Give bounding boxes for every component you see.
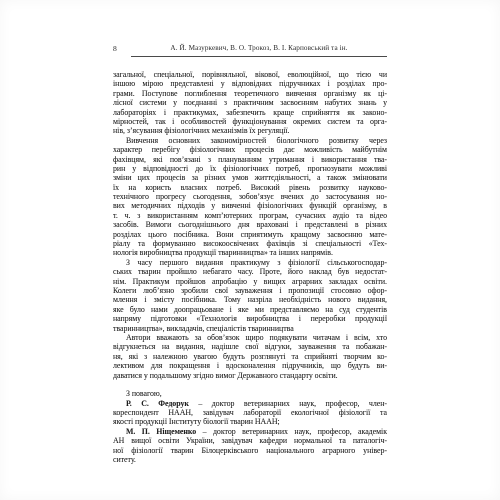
text-line: ної фізіології тварин Білоцерківського н…: [113, 446, 387, 455]
page-number: 8: [113, 44, 117, 53]
paragraph: Автори вважають за обов’язок щиро подяку…: [113, 333, 387, 380]
header-rule: [131, 56, 387, 57]
text-line: тваринництва», викладачів, спеціалістів …: [113, 324, 387, 333]
reviewer-name: Р. С. Федорук: [126, 399, 189, 408]
page-body: загальної, спеціальної, порівняльної, ві…: [113, 70, 387, 464]
text-line: ріалу та формуванню високоосвічених фахі…: [113, 239, 387, 248]
text-line: їх на користь власних потреб. Високий рі…: [113, 183, 387, 192]
text-line: ситету.: [113, 455, 387, 464]
text-line: Р. С. Федорук – доктор ветеринарних наук…: [113, 399, 387, 408]
text-line: якості продукції Інституту біології твар…: [113, 417, 387, 426]
text-line: рин у відповідності до їх фізіологічних …: [113, 164, 387, 173]
text-line: грами. Поступове поглиблення теоретичног…: [113, 89, 387, 98]
text-line: т. ч. з використанням комп’ютерних прогр…: [113, 211, 387, 220]
text-line: фахівцям, які пов’язані з плануванням ут…: [113, 155, 387, 164]
text-line: нів, з’ясування фізіологічних механізмів…: [113, 126, 387, 135]
text-line: кореспондент НААН, завідувач лабораторії…: [113, 408, 387, 417]
text-line: лабораторіях і практикумах, забезпечить …: [113, 108, 387, 117]
text-line: відгукнеться на видання, надішле свої ві…: [113, 342, 387, 351]
text-line: З часу першого видання практикуму з фізі…: [113, 258, 387, 267]
text-line: загальної, спеціальної, порівняльної, ві…: [113, 70, 387, 79]
text-line: яке було нами доопрацьоване і яке ми пре…: [113, 305, 387, 314]
text-line: розділах цього посібника. Вони сприятиму…: [113, 230, 387, 239]
text-line: зміни цих процесів за різних умов життєд…: [113, 173, 387, 182]
running-head: А. Й. Мазуркевич, В. О. Трокоз, В. І. Ка…: [131, 44, 387, 53]
text-line: М. П. Ніщеменко – доктор ветеринарних на…: [113, 427, 387, 436]
paragraph: Р. С. Федорук – доктор ветеринарних наук…: [113, 399, 387, 427]
text-line: напряму підготовки «Технологія виробницт…: [113, 314, 387, 323]
paragraph: загальної, спеціальної, порівняльної, ві…: [113, 70, 387, 136]
reviewer-name: М. П. Ніщеменко: [126, 427, 196, 436]
text-line: технічного прогресу сьогодення, зобов’яз…: [113, 192, 387, 201]
paragraph: М. П. Ніщеменко – доктор ветеринарних на…: [113, 427, 387, 465]
text-line: даватися у подальшому згідно вимог Держа…: [113, 371, 387, 380]
text-line: Колеги люб’язно зробили свої зауваження …: [113, 286, 387, 295]
text-line: З повагою,: [113, 389, 387, 398]
paragraph: З часу першого видання практикуму з фізі…: [113, 258, 387, 333]
text-line: іншою мірою представлені у відповідних п…: [113, 79, 387, 88]
text-line: лективом для покращення і вдосконалення …: [113, 361, 387, 370]
paragraph: Вивчення основних закономірностей біолог…: [113, 136, 387, 258]
text-line: Вивчення основних закономірностей біолог…: [113, 136, 387, 145]
text-line: засобів. Вимоги сьогоднішнього дня врахо…: [113, 220, 387, 229]
text-line: нім. Практикум пройшов апробацію у вищих…: [113, 277, 387, 286]
text-line: вих методичних підходів у вивченні фізіо…: [113, 201, 387, 210]
text-line: характер перебігу фізіологічних процесів…: [113, 145, 387, 154]
text-line: Автори вважають за обов’язок щиро подяку…: [113, 333, 387, 342]
text-line: нологія виробництва продукції тваринницт…: [113, 248, 387, 257]
scanned-book-page: 8 А. Й. Мазуркевич, В. О. Трокоз, В. І. …: [0, 0, 500, 500]
text-line: млення і змісту посібника. Тому назріла …: [113, 295, 387, 304]
text-line: лісної системи у поєднанні з практичним …: [113, 98, 387, 107]
text-line: мірностей, так і особливостей функціонув…: [113, 117, 387, 126]
text-line: ських тварин пройшло небагато часу. Прот…: [113, 267, 387, 276]
paragraph: З повагою,: [113, 389, 387, 398]
text-line: АН вищої освіти України, завідувач кафед…: [113, 436, 387, 445]
text-line: ня, які з належною увагою будуть розглян…: [113, 352, 387, 361]
